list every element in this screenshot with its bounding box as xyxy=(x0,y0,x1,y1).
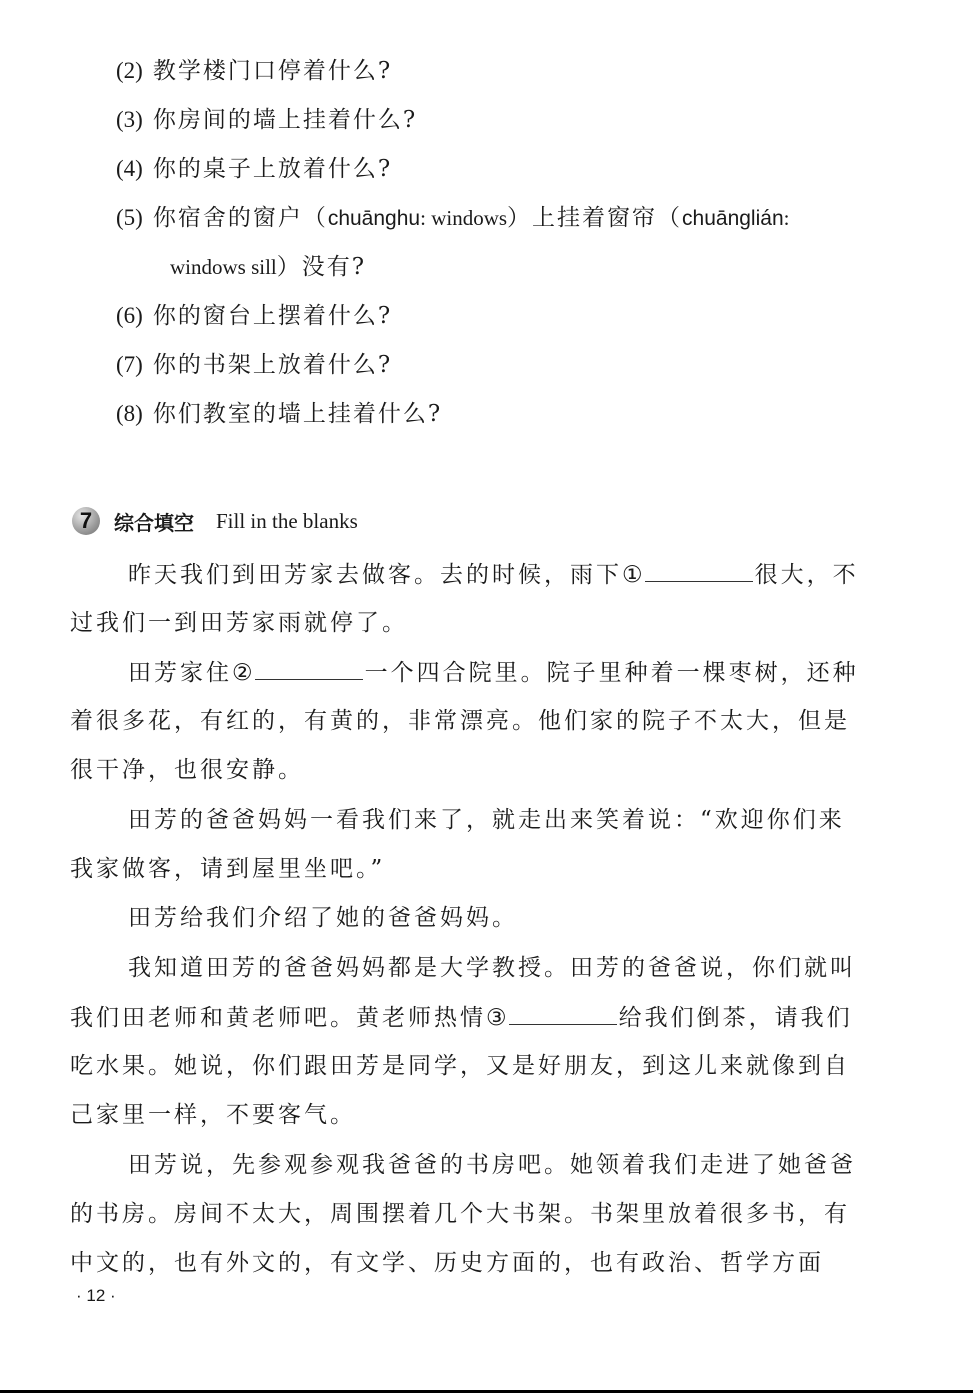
question-text: 你们教室的墙上挂着什么? xyxy=(153,401,442,427)
question-text: ）上挂着窗帘（ xyxy=(507,205,682,231)
question-2: (2)教学楼门口停着什么? xyxy=(116,56,392,86)
section-title-en: Fill in the blanks xyxy=(216,509,358,534)
question-5: (5)你宿舍的窗户（chuānghu: windows）上挂着窗帘（chuāng… xyxy=(116,203,789,234)
question-text: ）没有? xyxy=(277,254,366,280)
question-number: (7) xyxy=(116,352,143,377)
question-text: 你房间的墙上挂着什么? xyxy=(153,107,417,133)
question-3: (3)你房间的墙上挂着什么? xyxy=(116,105,417,135)
page-number: · 12 · xyxy=(76,1286,116,1306)
passage-line: 吃水果。她说，你们跟田芳是同学，又是好朋友，到这儿来就像到自 xyxy=(70,1051,850,1081)
passage-line: 着很多花，有红的，有黄的，非常漂亮。他们家的院子不太大，但是 xyxy=(70,706,850,736)
passage-line: 我家做客，请到屋里坐吧。” xyxy=(70,854,385,884)
passage-line: 过我们一到田芳家雨就停了。 xyxy=(70,608,408,638)
question-number: (4) xyxy=(116,156,143,181)
passage-text: 给我们倒茶，请我们 xyxy=(619,1005,853,1031)
question-5-continued: windows sill）没有? xyxy=(170,252,366,282)
passage-line: 田芳的爸爸妈妈一看我们来了，就走出来笑着说：“欢迎你们来 xyxy=(128,805,845,835)
question-number: (8) xyxy=(116,401,143,426)
gloss: windows xyxy=(431,206,507,230)
blank-marker: ③ xyxy=(486,1005,507,1031)
question-number: (6) xyxy=(116,303,143,328)
passage-line: 己家里一样，不要客气。 xyxy=(70,1100,356,1130)
blank-1[interactable] xyxy=(645,559,753,582)
passage-line: 昨天我们到田芳家去做客。去的时候，雨下①很大，不 xyxy=(128,559,859,590)
passage-line: 田芳说，先参观参观我爸爸的书房吧。她领着我们走进了她爸爸 xyxy=(128,1150,856,1180)
question-number: (2) xyxy=(116,58,143,83)
passage-text: 昨天我们到田芳家去做客。去的时候，雨下 xyxy=(128,562,622,588)
passage-line: 我们田老师和黄老师吧。黄老师热情③给我们倒茶，请我们 xyxy=(70,1002,853,1033)
question-text: 你的桌子上放着什么? xyxy=(153,156,392,182)
separator: : xyxy=(420,206,431,230)
pinyin: chuānghu xyxy=(328,207,420,230)
passage-text: 很大，不 xyxy=(755,562,859,588)
question-6: (6)你的窗台上摆着什么? xyxy=(116,301,392,331)
blank-3[interactable] xyxy=(509,1002,617,1025)
passage-text: 一个四合院里。院子里种着一棵枣树，还种 xyxy=(365,660,859,686)
passage-line: 很干净，也很安静。 xyxy=(70,755,304,785)
section-title-cn: 综合填空 xyxy=(114,507,194,536)
gloss: windows sill xyxy=(170,255,277,279)
passage-text: 我们田老师和黄老师吧。黄老师热情 xyxy=(70,1005,486,1031)
section-number-badge: 7 xyxy=(72,507,100,535)
passage-line: 田芳家住②一个四合院里。院子里种着一棵枣树，还种 xyxy=(128,657,859,688)
question-4: (4)你的桌子上放着什么? xyxy=(116,154,392,184)
blank-marker: ② xyxy=(232,660,253,686)
passage-line: 中文的，也有外文的，有文学、历史方面的，也有政治、哲学方面 xyxy=(70,1248,824,1278)
blank-2[interactable] xyxy=(255,657,363,680)
question-text: 你宿舍的窗户（ xyxy=(153,205,328,231)
blank-marker: ① xyxy=(622,562,643,588)
section-header: 7 综合填空 Fill in the blanks xyxy=(72,505,358,537)
passage-line: 田芳给我们介绍了她的爸爸妈妈。 xyxy=(128,903,518,933)
passage-line: 的书房。房间不太大，周围摆着几个大书架。书架里放着很多书，有 xyxy=(70,1199,850,1229)
question-text: 你的窗台上摆着什么? xyxy=(153,303,392,329)
question-text: 教学楼门口停着什么? xyxy=(153,58,392,84)
question-7: (7)你的书架上放着什么? xyxy=(116,350,392,380)
pinyin: chuānglián xyxy=(682,207,784,230)
question-number: (5) xyxy=(116,205,143,230)
question-number: (3) xyxy=(116,107,143,132)
passage-line: 我知道田芳的爸爸妈妈都是大学教授。田芳的爸爸说，你们就叫 xyxy=(128,953,856,983)
question-8: (8)你们教室的墙上挂着什么? xyxy=(116,399,442,429)
separator: : xyxy=(784,206,790,230)
passage-text: 田芳家住 xyxy=(128,660,232,686)
question-text: 你的书架上放着什么? xyxy=(153,352,392,378)
